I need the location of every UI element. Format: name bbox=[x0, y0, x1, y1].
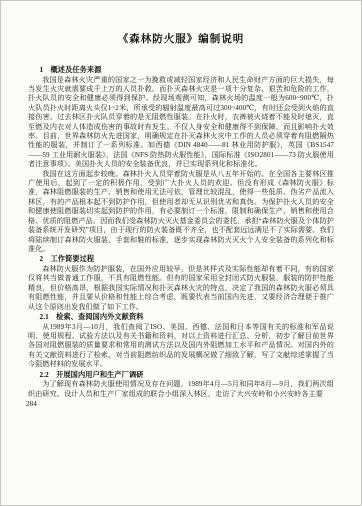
page-number: 284 bbox=[26, 400, 361, 408]
paragraph: 我国是森林火灾严重的国家之一为挽救或减轻国家经济和人民生命财产方面的巨大损失，每… bbox=[28, 76, 334, 170]
document-page: 《森林防火服》编制说明 1 概述及任务来源 我国是森林火灾严重的国家之一为挽救或… bbox=[0, 0, 362, 506]
document-content: 1 概述及任务来源 我国是森林火灾严重的国家之一为挽救或减轻国家经济和人民生命财… bbox=[28, 66, 334, 399]
paragraph: 为了解现有森林防火服使用情况及存在问题，1989年4月—5月和同年8月—9月，我… bbox=[28, 380, 334, 399]
section-heading-overview: 1 概述及任务来源 bbox=[28, 66, 334, 76]
section-heading-work-process: 2 工作简要过程 bbox=[28, 255, 334, 265]
section-heading-literature-search: 2.1 检索、查阅国内外文献资料 bbox=[28, 313, 334, 323]
paragraph: 森林防火服作为防护服装，在国外应用较早，但是其样式及实际性能却有着不同，有的国家… bbox=[28, 265, 334, 312]
section-heading-user-survey: 2.2 开展国内用户和生产厂调研 bbox=[28, 371, 334, 381]
paragraph: 我国在这方面起步较晚。森林扑火人员穿着防火服是从八五年开始的。在全国各主要林区推… bbox=[28, 170, 334, 255]
paragraph: 从1989年3月—10月，我们查阅了ISO、美国、西德、法国和日本等国有关的标准… bbox=[28, 323, 334, 370]
document-title: 《森林防火服》编制说明 bbox=[1, 31, 361, 46]
